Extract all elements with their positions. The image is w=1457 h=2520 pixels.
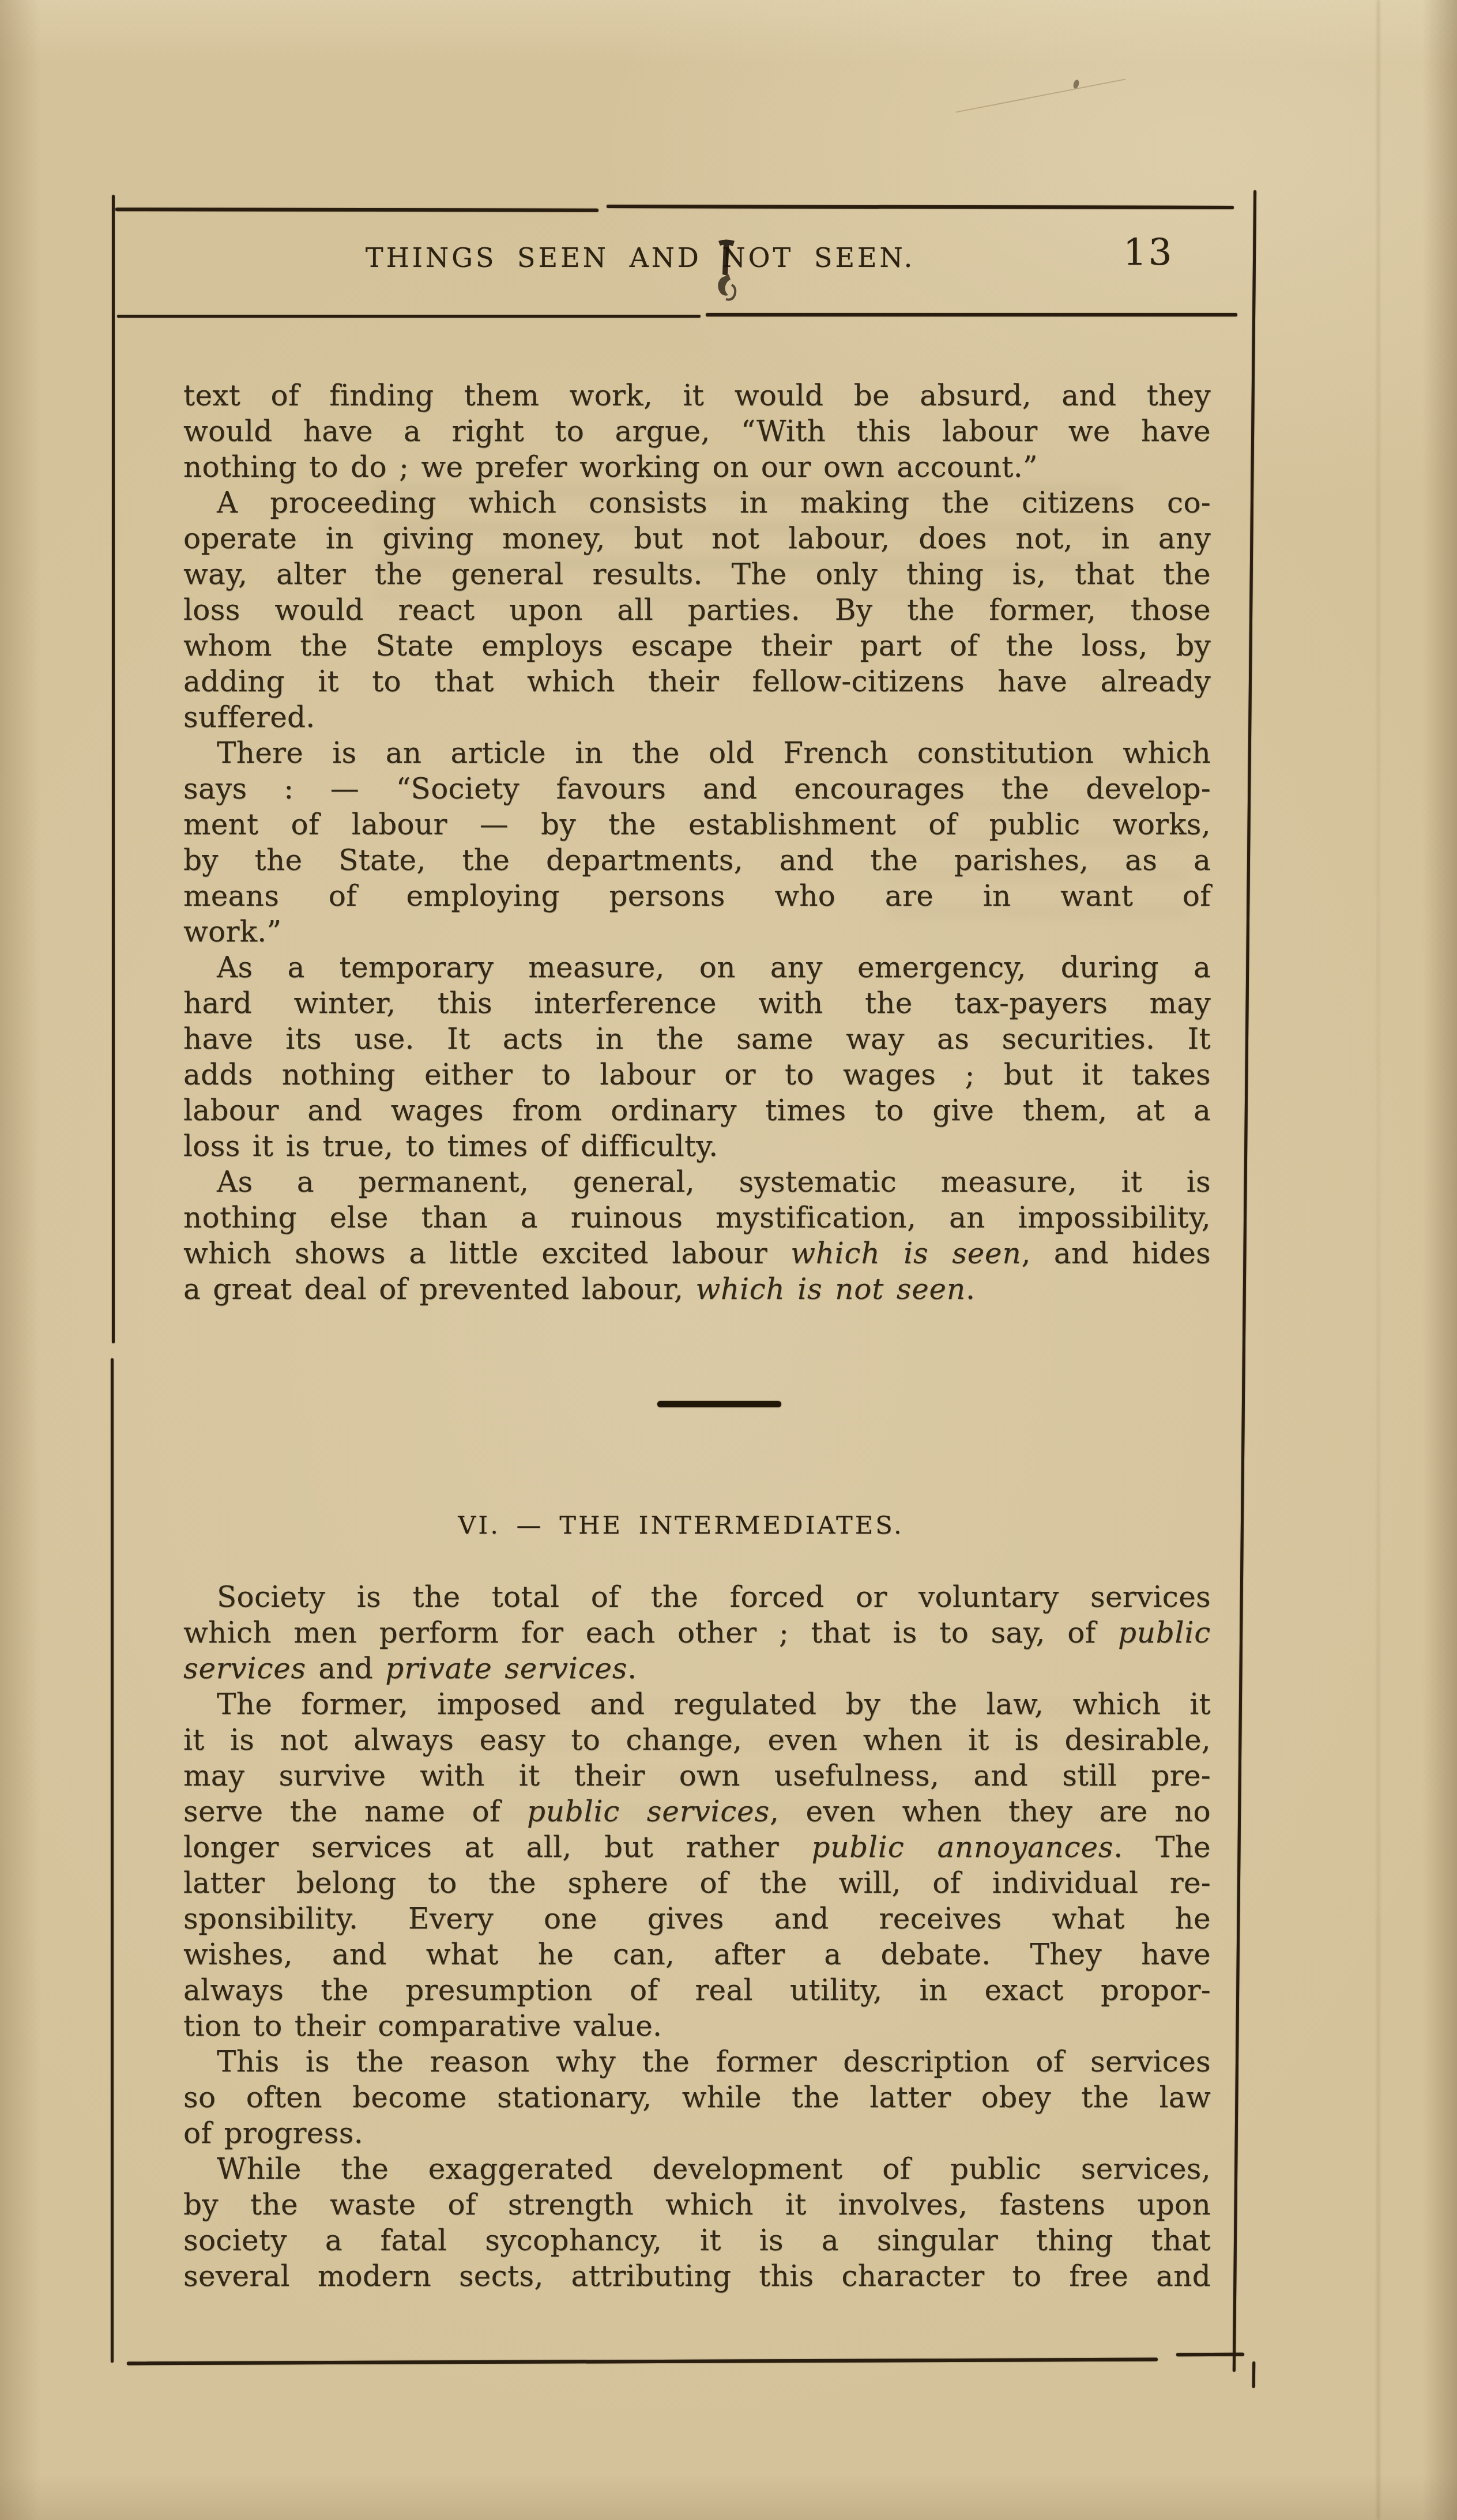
text-line: loss would react upon all parties. By th… xyxy=(183,592,1211,628)
frame-border-left-upper xyxy=(112,195,115,1343)
text-line: means of employing persons who are in wa… xyxy=(183,878,1211,914)
text-line: whom the State employs escape their part… xyxy=(183,628,1211,664)
head-bottom-rule-right-segment xyxy=(706,313,1237,317)
frame-border-right xyxy=(1233,190,1256,2372)
text-line: by the waste of strength which it involv… xyxy=(183,2187,1211,2223)
page-number: 13 xyxy=(1123,232,1173,274)
paragraph: The former, imposed and regulated by the… xyxy=(183,1686,1211,2044)
section-heading: VI. — THE INTERMEDIATES. xyxy=(167,1510,1195,1541)
text-line: society a fatal sycophancy, it is a sing… xyxy=(183,2223,1211,2258)
frame-rule-bottom xyxy=(127,2358,1158,2365)
text-line: labour and wages from ordinary times to … xyxy=(183,1093,1211,1128)
text-line: it is not always easy to change, even wh… xyxy=(183,1722,1211,1758)
frame-rule-top-right-segment xyxy=(607,205,1234,209)
frame-rule-top-left-segment xyxy=(115,208,598,212)
text-line: which shows a little excited labour whic… xyxy=(183,1235,1211,1271)
paragraph: As a temporary measure, on any emergency… xyxy=(183,950,1211,1164)
text-line: says : — “Society favours and encourages… xyxy=(183,771,1211,807)
book-page-scan: THINGS SEEN AND NOT SEEN. 13 text of fin… xyxy=(0,0,1457,2520)
ink-blot-mark xyxy=(707,238,745,302)
text-line: may survive with it their own usefulness… xyxy=(183,1758,1211,1794)
text-line: nothing to do ; we prefer working on our… xyxy=(183,449,1211,485)
text-line: wishes, and what he can, after a debate.… xyxy=(183,1937,1211,1972)
text-line: adding it to that which their fellow-cit… xyxy=(183,664,1211,699)
frame-rule-bottom-right-dash xyxy=(1176,2353,1244,2357)
text-line: As a temporary measure, on any emergency… xyxy=(183,950,1211,985)
text-line: As a permanent, general, systematic meas… xyxy=(183,1164,1211,1200)
text-line: which men perform for each other ; that … xyxy=(183,1615,1211,1651)
frame-border-right-hook xyxy=(1252,2361,1255,2388)
text-line: so often become stationary, while the la… xyxy=(183,2080,1211,2115)
text-line: While the exaggerated development of pub… xyxy=(183,2151,1211,2187)
text-line: of progress. xyxy=(183,2115,1211,2151)
text-line: services and private services. xyxy=(183,1651,1211,1686)
text-column: text of finding them work, it would be a… xyxy=(183,378,1211,2294)
running-head-title: THINGS SEEN AND NOT SEEN. xyxy=(366,242,915,273)
text-line: tion to their comparative value. xyxy=(183,2008,1211,2044)
text-line: work.” xyxy=(183,914,1211,950)
text-line: have its use. It acts in the same way as… xyxy=(183,1021,1211,1057)
head-bottom-rule-left-segment xyxy=(117,315,701,318)
text-line: always the presumption of real utility, … xyxy=(183,1972,1211,2008)
text-line: Society is the total of the forced or vo… xyxy=(183,1579,1211,1615)
frame-border-left-lower xyxy=(111,1358,114,2363)
text-line: text of finding them work, it would be a… xyxy=(183,378,1211,413)
page-edge-crease xyxy=(1377,0,1380,2520)
text-line: serve the name of public services, even … xyxy=(183,1794,1211,1829)
text-line: longer services at all, but rather publi… xyxy=(183,1829,1211,1865)
text-line: several modern sects, attributing this c… xyxy=(183,2258,1211,2294)
text-line: way, alter the general results. The only… xyxy=(183,556,1211,592)
paragraph: Society is the total of the forced or vo… xyxy=(183,1579,1211,1686)
text-line: suffered. xyxy=(183,699,1211,735)
text-line: sponsibility. Every one gives and receiv… xyxy=(183,1901,1211,1937)
text-line: The former, imposed and regulated by the… xyxy=(183,1686,1211,1722)
paragraph: There is an article in the old French co… xyxy=(183,735,1211,950)
text-line: operate in giving money, but not labour,… xyxy=(183,521,1211,556)
text-line: latter belong to the sphere of the will,… xyxy=(183,1865,1211,1901)
light-scratch xyxy=(956,78,1126,112)
text-line: nothing else than a ruinous mystificatio… xyxy=(183,1200,1211,1235)
text-line: loss it is true, to times of difficulty. xyxy=(183,1128,1211,1164)
paragraph: A proceeding which consists in making th… xyxy=(183,485,1211,735)
text-line: by the State, the departments, and the p… xyxy=(183,842,1211,878)
paragraph: This is the reason why the former descri… xyxy=(183,2044,1211,2151)
text-line: This is the reason why the former descri… xyxy=(183,2044,1211,2080)
paragraph: text of finding them work, it would be a… xyxy=(183,378,1211,485)
text-line: ment of labour — by the establishment of… xyxy=(183,807,1211,842)
text-line: hard winter, this interference with the … xyxy=(183,985,1211,1021)
text-line: There is an article in the old French co… xyxy=(183,735,1211,771)
paragraph: While the exaggerated development of pub… xyxy=(183,2151,1211,2294)
text-line: a great deal of prevented labour, which … xyxy=(183,1271,1211,1307)
text-line: A proceeding which consists in making th… xyxy=(183,485,1211,521)
text-line: would have a right to argue, “With this … xyxy=(183,413,1211,449)
section-break-rule xyxy=(657,1401,781,1407)
paragraph: As a permanent, general, systematic meas… xyxy=(183,1164,1211,1307)
text-line: adds nothing either to labour or to wage… xyxy=(183,1057,1211,1093)
